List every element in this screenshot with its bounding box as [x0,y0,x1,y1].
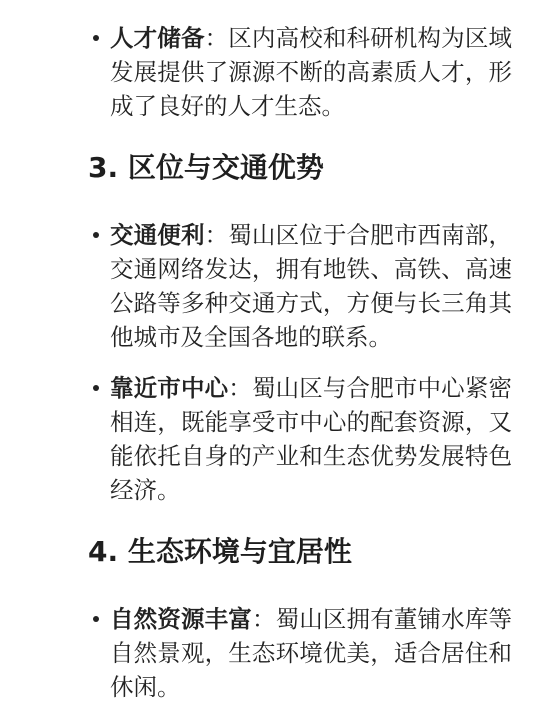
ecology-bullet-list: 自然资源丰富：蜀山区拥有董铺水库等自然景观，生态环境优美，适合居住和休闲。 [88,602,512,704]
item-colon: ： [252,605,276,633]
item-label: 人才储备 [110,24,205,52]
bullet-icon [93,232,99,238]
item-label: 交通便利 [110,221,205,249]
list-item: 自然资源丰富：蜀山区拥有董铺水库等自然景观，生态环境优美，适合居住和休闲。 [110,602,512,704]
list-item: 交通便利：蜀山区位于合肥市西南部，交通网络发达，拥有地铁、高铁、高速公路等多种交… [110,218,512,354]
bullet-icon [93,616,99,622]
item-colon: ： [205,221,229,249]
item-colon: ： [228,374,252,402]
list-item: 人才储备：区内高校和科研机构为区域发展提供了源源不断的高素质人才，形成了良好的人… [110,21,512,123]
item-label: 自然资源丰富 [110,605,252,633]
section-heading-ecology: 4. 生态环境与宜居性 [88,533,512,571]
bullet-icon [93,385,99,391]
location-bullet-list: 交通便利：蜀山区位于合肥市西南部，交通网络发达，拥有地铁、高铁、高速公路等多种交… [88,218,512,507]
document-body: 人才储备：区内高校和科研机构为区域发展提供了源源不断的高素质人才，形成了良好的人… [0,0,553,704]
bullet-icon [93,35,99,41]
section-heading-location: 3. 区位与交通优势 [88,149,512,187]
list-item: 靠近市中心：蜀山区与合肥市中心紧密相连，既能享受市中心的配套资源，又能依托自身的… [110,371,512,507]
item-label: 靠近市中心 [110,374,228,402]
item-colon: ： [205,24,229,52]
talent-bullet-list: 人才储备：区内高校和科研机构为区域发展提供了源源不断的高素质人才，形成了良好的人… [88,21,512,123]
